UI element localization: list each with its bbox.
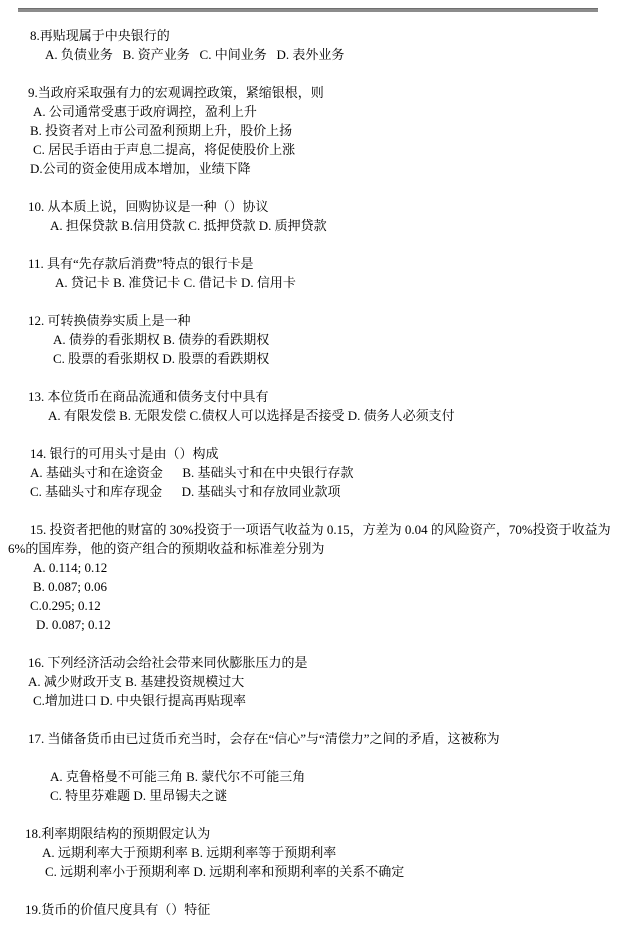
question-8-options: A. 负债业务 B. 资产业务 C. 中间业务 D. 表外业务 [0,45,620,64]
question-17-stem: 17. 当储备货币由已过货币充当时，会存在“信心”与“清偿力”之间的矛盾，这被称… [0,729,620,748]
question-9: 9.当政府采取强有力的宏观调控政策，紧缩银根，则 A. 公司通常受惠于政府调控，… [0,83,620,178]
question-16-options-ab: A. 减少财政开支 B. 基建投资规模过大 [0,672,620,691]
question-17-spacer [0,748,620,767]
question-15-option-d: D. 0.087; 0.12 [0,615,620,634]
question-14-stem: 14. 银行的可用头寸是由（）构成 [0,444,620,463]
question-14: 14. 银行的可用头寸是由（）构成 A. 基础头寸和在途资金 B. 基础头寸和在… [0,444,620,501]
question-15: 15. 投资者把他的财富的 30%投资于一项语气收益为 0.15，方差为 0.0… [0,520,620,634]
question-15-option-b: B. 0.087; 0.06 [0,577,620,596]
question-16: 16. 下列经济活动会给社会带来同伙膨胀压力的是 A. 减少财政开支 B. 基建… [0,653,620,710]
question-15-option-c: C.0.295; 0.12 [0,596,620,615]
question-16-options-cd: C.增加进口 D. 中央银行提高再贴现率 [0,691,620,710]
question-18-stem: 18.利率期限结构的预期假定认为 [0,824,620,843]
question-16-stem: 16. 下列经济活动会给社会带来同伙膨胀压力的是 [0,653,620,672]
question-12-stem: 12. 可转换债券实质上是一种 [0,311,620,330]
question-9-option-a: A. 公司通常受惠于政府调控，盈利上升 [0,102,620,121]
question-19: 19.货币的价值尺度具有（）特征 [0,900,620,919]
question-13: 13. 本位货币在商品流通和债务支付中具有 A. 有限发偿 B. 无限发偿 C.… [0,387,620,425]
question-18-options-cd: C. 远期利率小于预期利率 D. 远期利率和预期利率的关系不确定 [0,862,620,881]
question-15-stem-line1: 15. 投资者把他的财富的 30%投资于一项语气收益为 0.15，方差为 0.0… [0,520,620,539]
question-17: 17. 当储备货币由已过货币充当时，会存在“信心”与“清偿力”之间的矛盾，这被称… [0,729,620,805]
question-18-options-ab: A. 远期利率大于预期利率 B. 远期利率等于预期利率 [0,843,620,862]
question-9-stem: 9.当政府采取强有力的宏观调控政策，紧缩银根，则 [0,83,620,102]
question-8-stem: 8.再贴现属于中央银行的 [0,26,620,45]
question-11: 11. 具有“先存款后消费”特点的银行卡是 A. 贷记卡 B. 准贷记卡 C. … [0,254,620,292]
question-11-options: A. 贷记卡 B. 准贷记卡 C. 借记卡 D. 信用卡 [0,273,620,292]
question-15-stem-line2: 6%的国库券，他的资产组合的预期收益和标准差分别为 [0,539,620,558]
question-17-options-cd: C. 特里芬难题 D. 里昂锡夫之谜 [0,786,620,805]
question-19-stem: 19.货币的价值尺度具有（）特征 [0,900,620,919]
question-18: 18.利率期限结构的预期假定认为 A. 远期利率大于预期利率 B. 远期利率等于… [0,824,620,881]
question-14-options-cd: C. 基础头寸和库存现金 D. 基础头寸和存放同业款项 [0,482,620,501]
question-13-stem: 13. 本位货币在商品流通和债务支付中具有 [0,387,620,406]
question-10-stem: 10. 从本质上说，回购协议是一种（）协议 [0,197,620,216]
question-12-options-ab: A. 债券的看张期权 B. 债券的看跌期权 [0,330,620,349]
question-17-options-ab: A. 克鲁格曼不可能三角 B. 蒙代尔不可能三角 [0,767,620,786]
question-13-options: A. 有限发偿 B. 无限发偿 C.债权人可以选择是否接受 D. 债务人必须支付 [0,406,620,425]
question-14-options-ab: A. 基础头寸和在途资金 B. 基础头寸和在中央银行存款 [0,463,620,482]
question-15-option-a: A. 0.114; 0.12 [0,558,620,577]
question-8: 8.再贴现属于中央银行的 A. 负债业务 B. 资产业务 C. 中间业务 D. … [0,26,620,64]
question-9-option-b: B. 投资者对上市公司盈利预期上升，股价上扬 [0,121,620,140]
question-10-options: A. 担保贷款 B.信用贷款 C. 抵押贷款 D. 质押贷款 [0,216,620,235]
question-12: 12. 可转换债券实质上是一种 A. 债券的看张期权 B. 债券的看跌期权 C.… [0,311,620,368]
question-9-option-d: D.公司的资金使用成本增加，业绩下降 [0,159,620,178]
question-12-options-cd: C. 股票的看张期权 D. 股票的看跌期权 [0,349,620,368]
exam-document: 8.再贴现属于中央银行的 A. 负债业务 B. 资产业务 C. 中间业务 D. … [0,12,620,919]
question-10: 10. 从本质上说，回购协议是一种（）协议 A. 担保贷款 B.信用贷款 C. … [0,197,620,235]
question-9-option-c: C. 居民手语由于声息二提高，将促使股价上涨 [0,140,620,159]
question-11-stem: 11. 具有“先存款后消费”特点的银行卡是 [0,254,620,273]
